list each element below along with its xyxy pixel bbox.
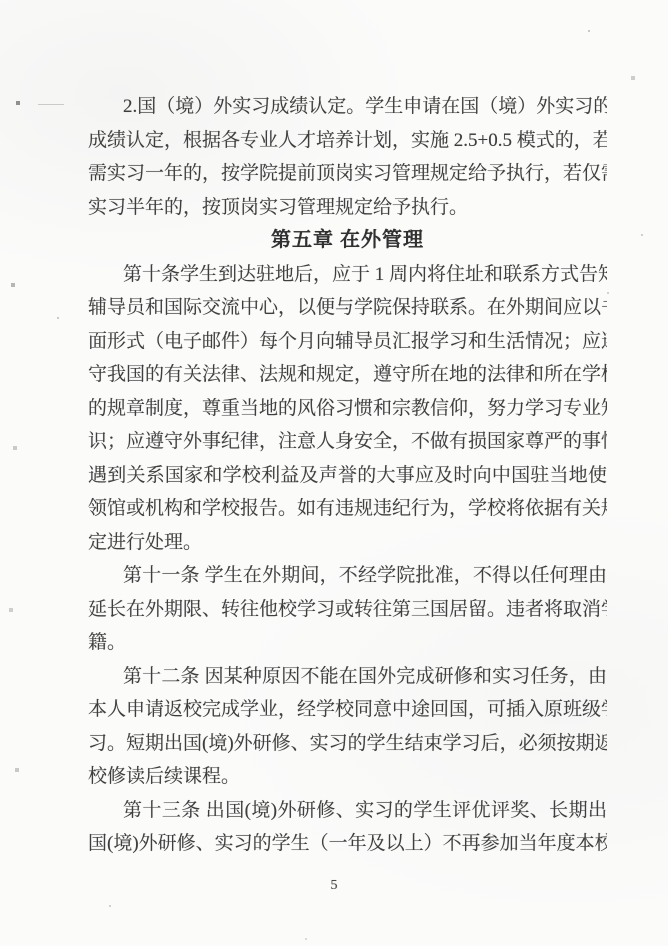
text-line: 辅导员和国际交流中心，以便与学院保持联系。在外期间应以书 [88,291,607,325]
paragraph-grade-recognition: 2.国（境）外实习成绩认定。学生申请在国（境）外实习的 成绩认定，根据各专业人才… [88,90,607,224]
text-line: 延长在外期限、转往他校学习或转往第三国居留。违者将取消学 [88,593,607,627]
text-line: 第十三条 出国(境)外研修、实习的学生评优评奖、长期出 [88,794,607,828]
text-line: 校修读后续课程。 [88,760,607,794]
text-line: 定进行处理。 [88,526,607,560]
text-line: 领馆或机构和学校报告。如有违规违纪行为，学校将依据有关规 [88,492,607,526]
text-line: 习。短期出国(境)外研修、实习的学生结束学习后，必须按期返 [88,727,607,761]
text-line: 第十条学生到达驻地后，应于 1 周内将住址和联系方式告知 [88,258,607,292]
text-line: 守我国的有关法律、法规和规定，遵守所在地的法律和所在学校 [88,358,607,392]
scan-scratch-mark [38,104,64,105]
text-line: 本人申请返校完成学业，经学校同意中途回国，可插入原班级学 [88,693,607,727]
text-line: 需实习一年的，按学院提前顶岗实习管理规定给予执行，若仅需 [88,157,607,191]
text-line: 国(境)外研修、实习的学生（一年及以上）不再参加当年度本校 [88,827,607,861]
paragraph-article-12: 第十二条 因某种原因不能在国外完成研修和实习任务，由 本人申请返校完成学业，经学… [88,660,607,794]
text-line: 实习半年的，按顶岗实习管理规定给予执行。 [88,191,607,225]
chapter-heading: 第五章 在外管理 [88,224,607,258]
scan-noise-specks [0,0,2,2]
paragraph-article-11: 第十一条 学生在外期间，不经学院批准，不得以任何理由 延长在外期限、转往他校学习… [88,559,607,660]
text-line: 2.国（境）外实习成绩认定。学生申请在国（境）外实习的 [88,90,607,124]
text-line: 面形式（电子邮件）每个月向辅导员汇报学习和生活情况；应遵 [88,325,607,359]
text-line: 成绩认定，根据各专业人才培养计划，实施 2.5+0.5 模式的，若 [88,124,607,158]
text-line: 第十一条 学生在外期间，不经学院批准，不得以任何理由 [88,559,607,593]
document-body: 2.国（境）外实习成绩认定。学生申请在国（境）外实习的 成绩认定，根据各专业人才… [88,90,607,861]
text-line: 的规章制度，尊重当地的风俗习惯和宗教信仰，努力学习专业知 [88,392,607,426]
text-line: 籍。 [88,626,607,660]
scanned-page: 2.国（境）外实习成绩认定。学生申请在国（境）外实习的 成绩认定，根据各专业人才… [0,0,668,946]
paragraph-article-10: 第十条学生到达驻地后，应于 1 周内将住址和联系方式告知 辅导员和国际交流中心，… [88,258,607,560]
text-line: 第十二条 因某种原因不能在国外完成研修和实习任务，由 [88,660,607,694]
text-line: 识；应遵守外事纪律，注意人身安全，不做有损国家尊严的事情； [88,425,607,459]
text-line: 遇到关系国家和学校利益及声誉的大事应及时向中国驻当地使 [88,459,607,493]
paragraph-article-13: 第十三条 出国(境)外研修、实习的学生评优评奖、长期出 国(境)外研修、实习的学… [88,794,607,861]
page-number: 5 [0,878,668,894]
